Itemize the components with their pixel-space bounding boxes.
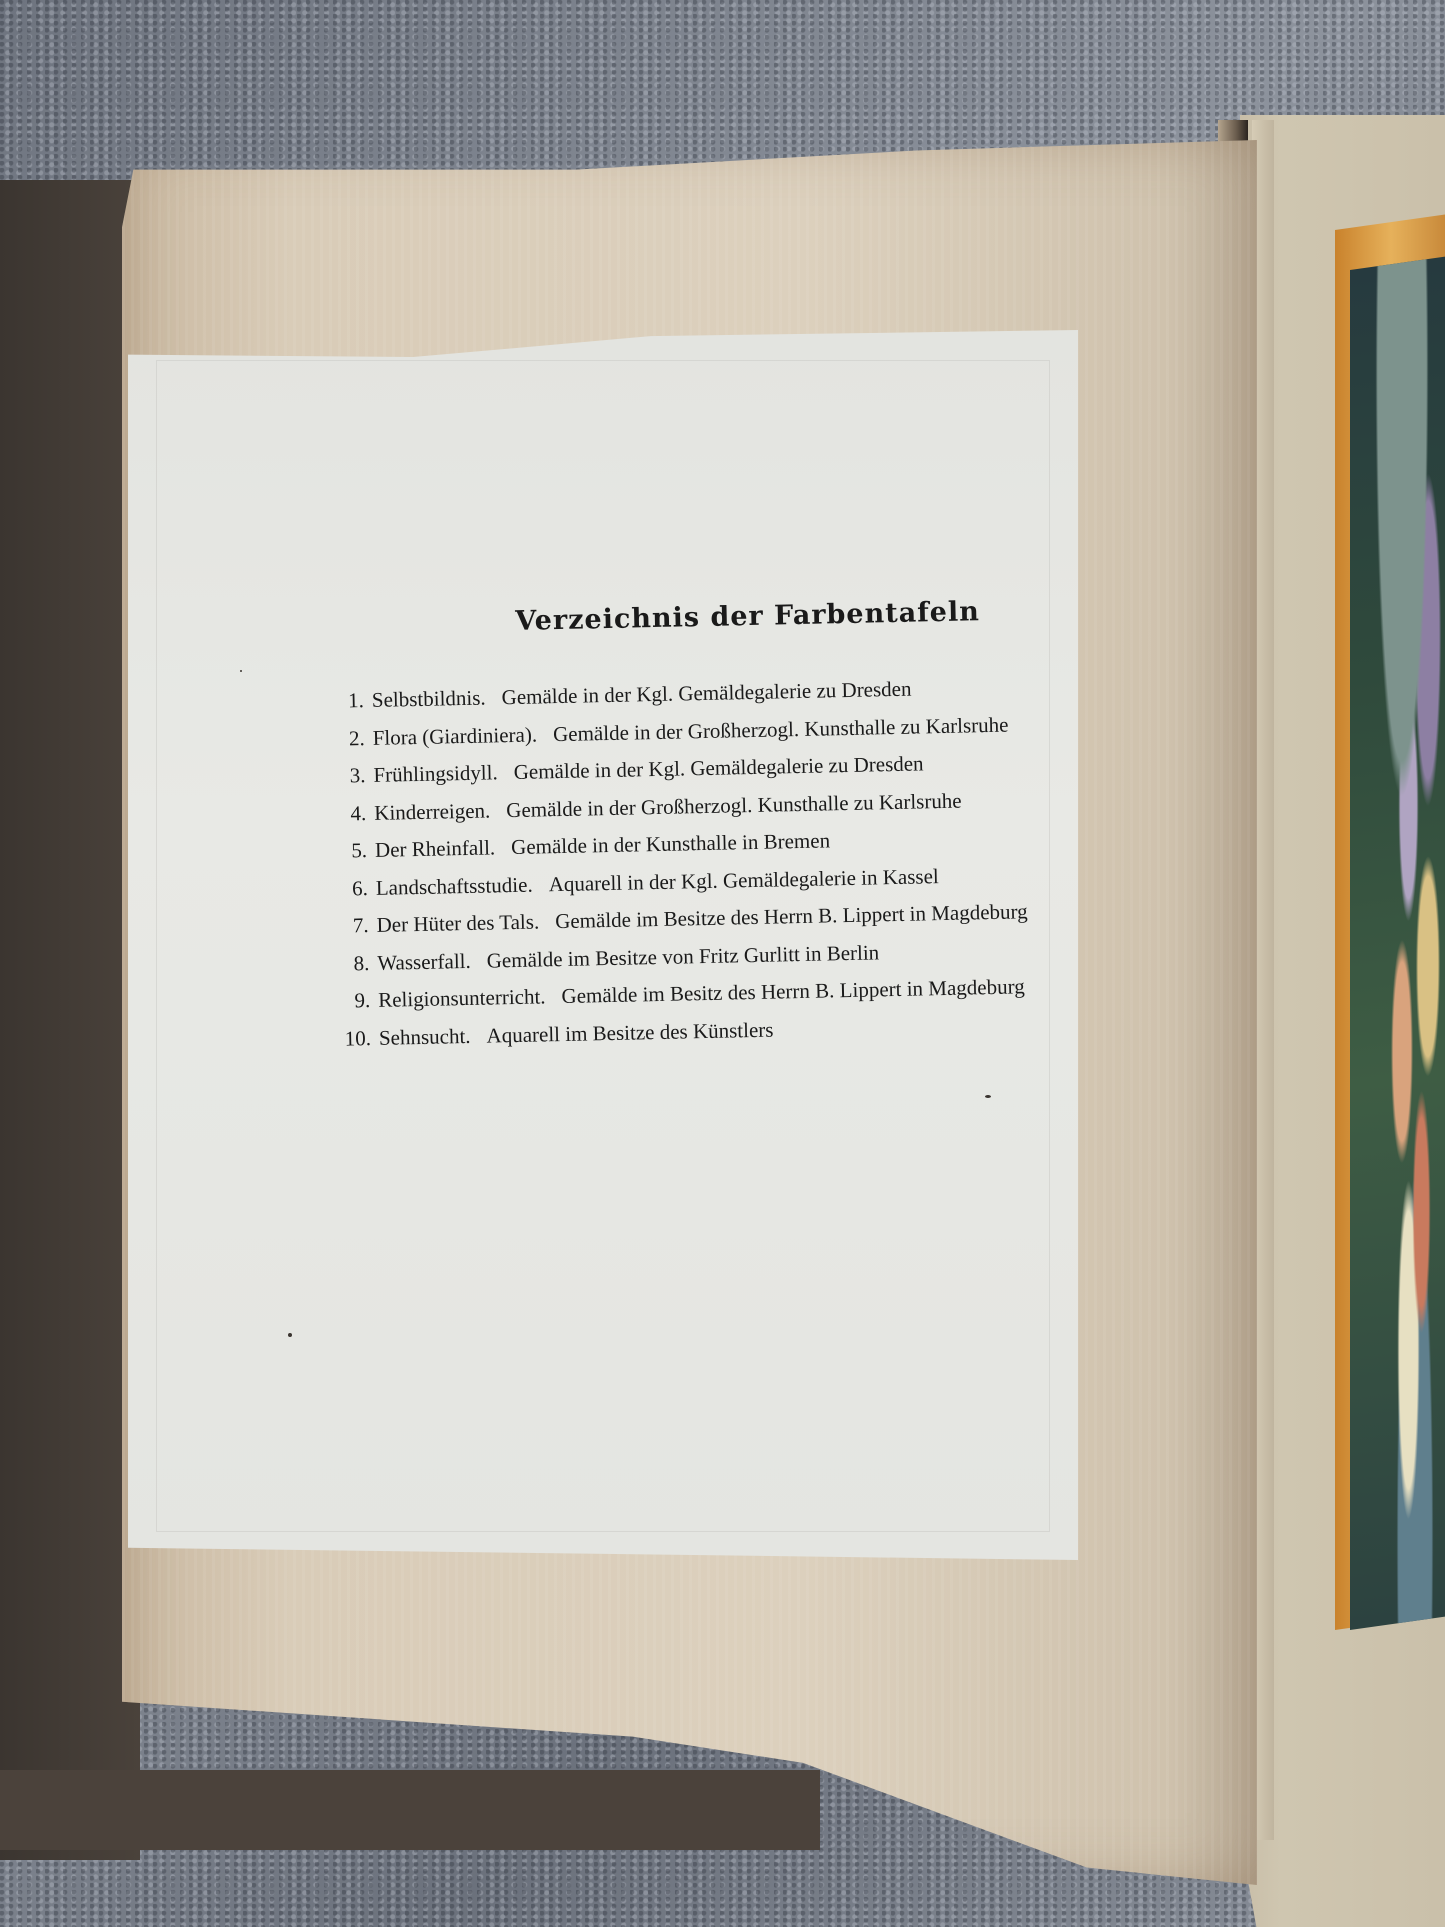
item-number: 6. bbox=[325, 870, 368, 908]
item-title: Flora (Giardiniera). bbox=[372, 722, 537, 749]
paper-speck bbox=[240, 670, 242, 672]
item-description: Gemälde in der Großherzogl. Kunsthalle z… bbox=[506, 788, 962, 822]
item-description: Gemälde in der Kgl. Gemäldegalerie zu Dr… bbox=[513, 751, 923, 784]
item-title: Landschaftsstudie. bbox=[376, 872, 533, 899]
plate-list: 1.Selbstbildnis.Gemälde in der Kgl. Gemä… bbox=[322, 667, 1110, 1058]
paper-speck bbox=[985, 1095, 991, 1098]
item-number: 10. bbox=[329, 1020, 372, 1058]
item-description: Gemälde im Besitze von Fritz Gurlitt in … bbox=[486, 940, 879, 972]
item-title: Selbstbildnis. bbox=[372, 686, 486, 712]
item-title: Der Rheinfall. bbox=[375, 835, 496, 862]
item-number: 8. bbox=[327, 945, 370, 983]
item-number: 9. bbox=[328, 982, 371, 1020]
item-number: 2. bbox=[322, 720, 365, 758]
item-title: Kinderreigen. bbox=[374, 798, 491, 824]
book-back-cover bbox=[0, 180, 140, 1860]
table-of-color-plates: Verzeichnis der Farbentafeln 1.Selbstbil… bbox=[320, 594, 1109, 1058]
item-title: Religionsunterricht. bbox=[378, 984, 546, 1012]
item-number: 5. bbox=[325, 832, 368, 870]
item-number: 4. bbox=[324, 795, 367, 833]
item-description: Gemälde in der Kgl. Gemäldegalerie zu Dr… bbox=[501, 677, 911, 710]
color-plate-illustration bbox=[1350, 252, 1445, 1630]
item-description: Aquarell in der Kgl. Gemäldegalerie in K… bbox=[548, 864, 939, 896]
item-title: Sehnsucht. bbox=[379, 1023, 471, 1049]
item-description: Gemälde in der Großherzogl. Kunsthalle z… bbox=[553, 712, 1009, 746]
item-number: 3. bbox=[323, 757, 366, 795]
paper-speck bbox=[288, 1333, 292, 1337]
item-title: Der Hüter des Tals. bbox=[376, 909, 539, 936]
item-description: Aquarell im Besitze des Künstlers bbox=[486, 1017, 773, 1047]
item-title: Wasserfall. bbox=[377, 948, 471, 974]
item-description: Gemälde im Besitze des Herrn B. Lippert … bbox=[555, 899, 1028, 933]
book-cover-bottom-edge bbox=[0, 1770, 820, 1850]
item-number: 1. bbox=[322, 682, 365, 720]
item-description: Gemälde in der Kunsthalle in Bremen bbox=[511, 828, 830, 859]
item-title: Frühlingsidyll. bbox=[373, 760, 498, 787]
item-number: 7. bbox=[326, 907, 369, 945]
item-description: Gemälde im Besitz des Herrn B. Lippert i… bbox=[561, 974, 1025, 1008]
